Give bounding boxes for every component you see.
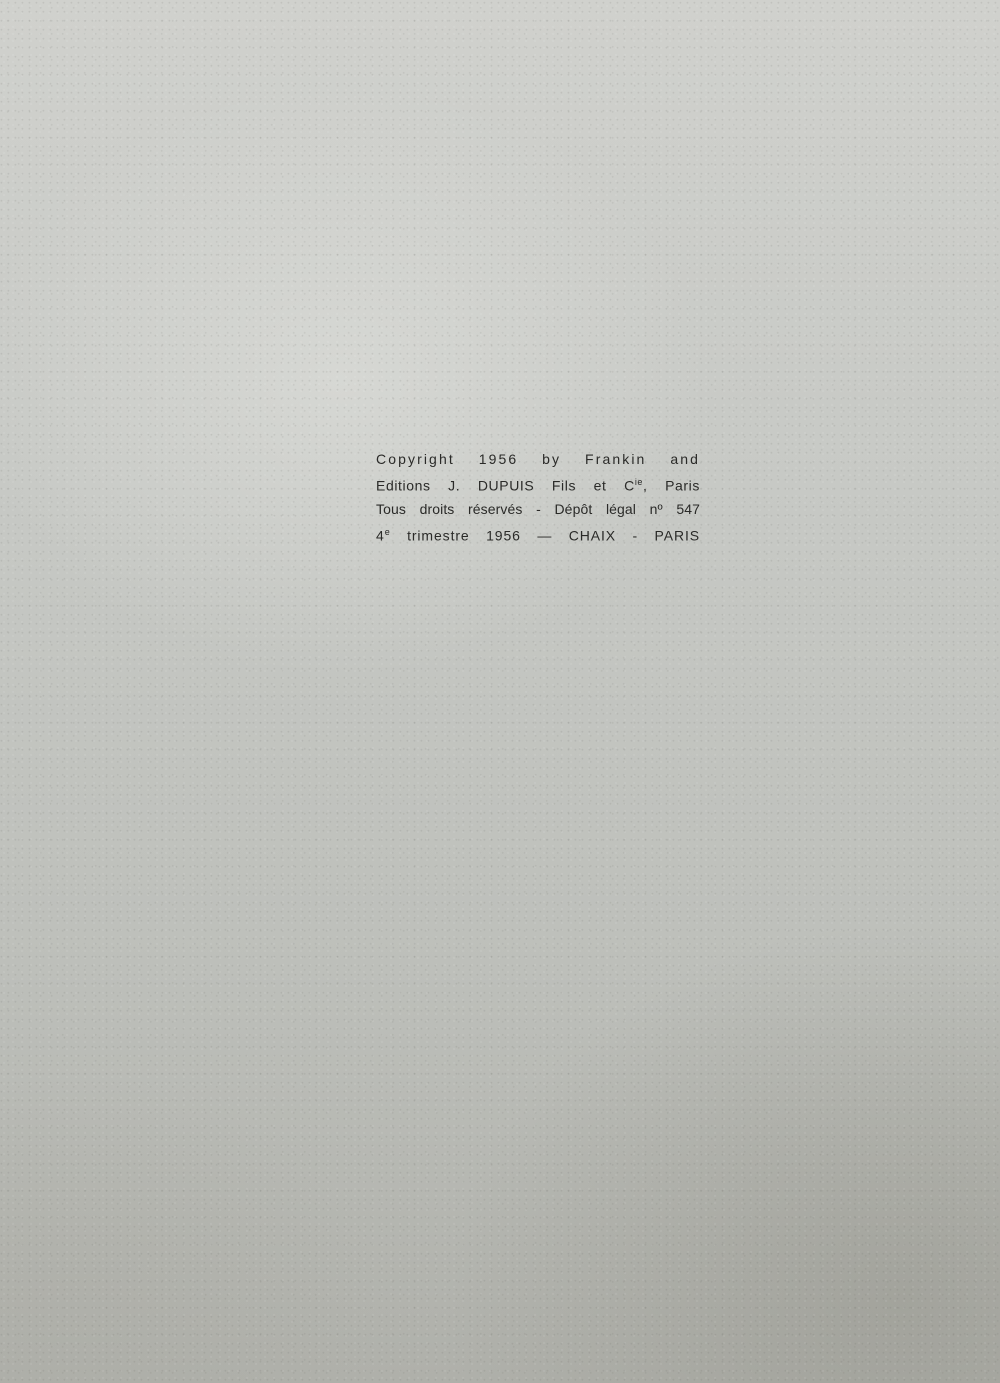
book-page: Copyright 1956 by Frankin and Editions J… <box>0 0 1000 1383</box>
publisher-city: , Paris <box>643 478 700 494</box>
imprint-line-legal-deposit: Tous droits réservés - Dépôt légal nº 54… <box>376 498 700 521</box>
publisher-superscript: ie <box>635 477 643 487</box>
imprint-line-copyright: Copyright 1956 by Frankin and <box>376 448 700 471</box>
printer-info: trimestre 1956 — CHAIX - PARIS <box>391 527 700 543</box>
quarter-number: 4 <box>376 527 385 543</box>
imprint-line-printer: 4e trimestre 1956 — CHAIX - PARIS <box>376 521 700 548</box>
imprint-line-publisher: Editions J. DUPUIS Fils et Cie, Paris <box>376 471 700 498</box>
publisher-name: Editions J. DUPUIS Fils et C <box>376 478 635 494</box>
paper-texture <box>0 0 1000 1383</box>
copyright-imprint: Copyright 1956 by Frankin and Editions J… <box>376 448 700 547</box>
